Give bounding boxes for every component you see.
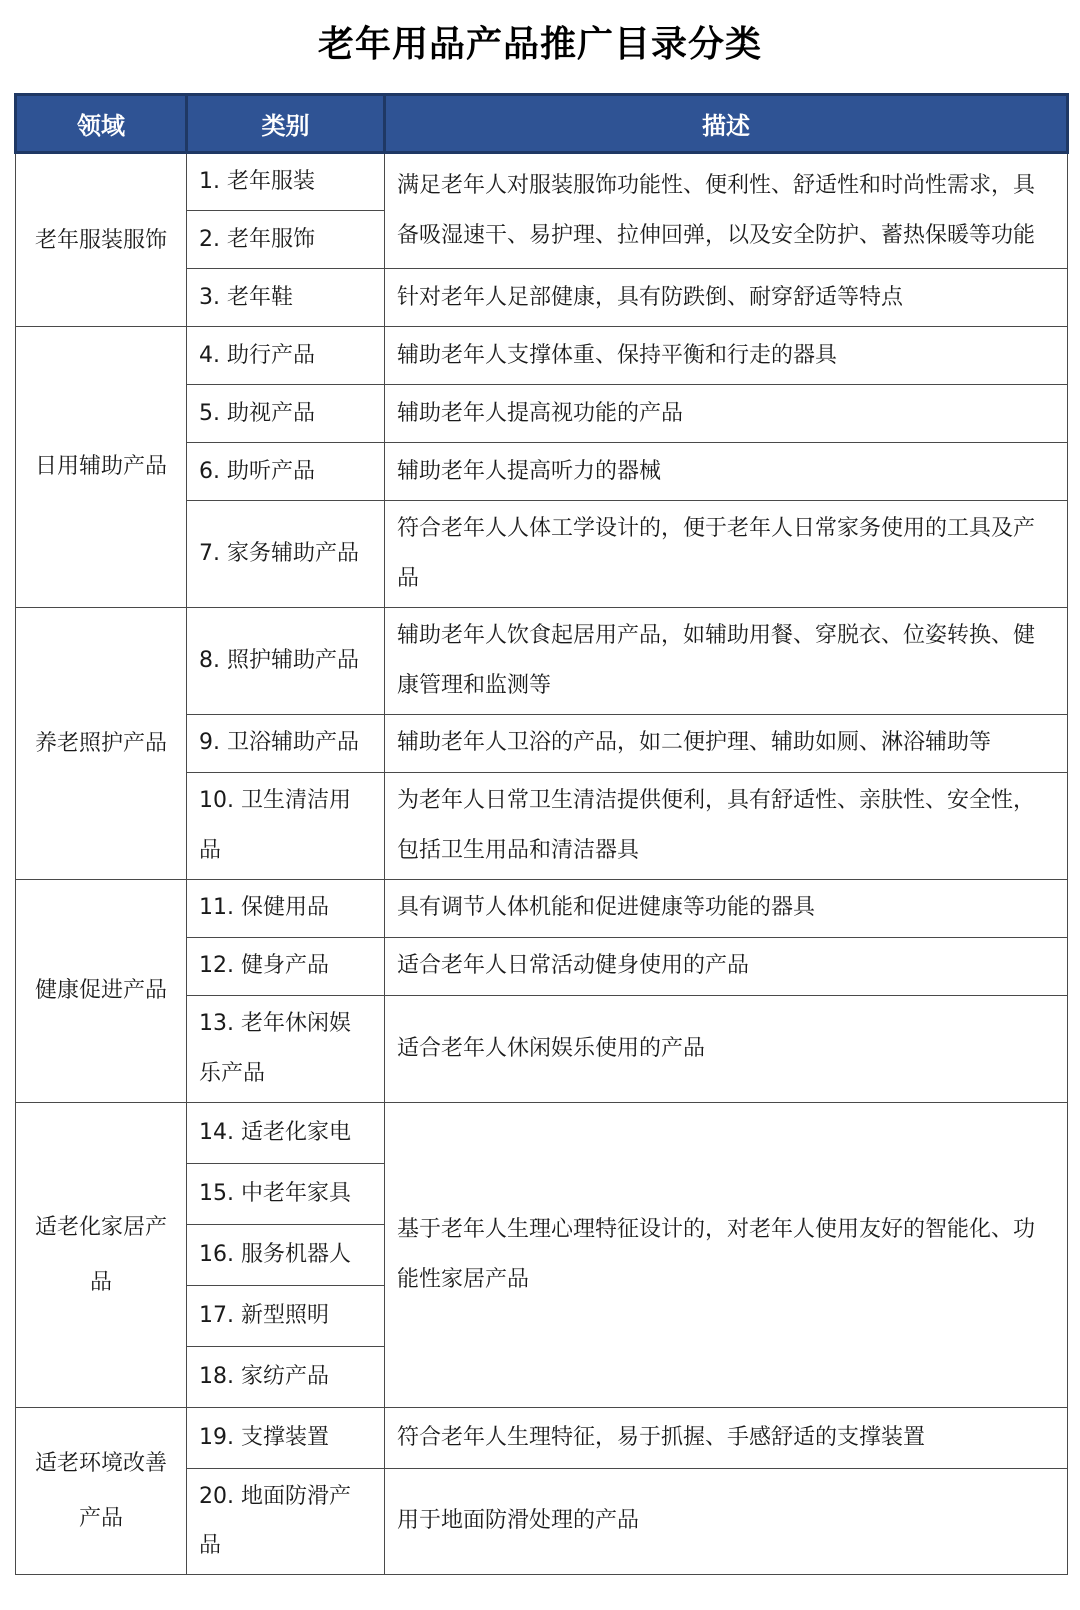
category-cell: 12. 健身产品 bbox=[187, 937, 385, 995]
header-cell-description: 描述 bbox=[385, 95, 1068, 153]
header-cell-category: 类别 bbox=[187, 95, 385, 153]
category-cell: 19. 支撑装置 bbox=[187, 1407, 385, 1468]
category-cell: 18. 家纺产品 bbox=[187, 1346, 385, 1407]
category-cell: 17. 新型照明 bbox=[187, 1285, 385, 1346]
category-cell: 6. 助听产品 bbox=[187, 443, 385, 501]
description-cell: 满足老年人对服装服饰功能性、便利性、舒适性和时尚性需求，具备吸湿速干、易护理、拉… bbox=[385, 153, 1068, 269]
category-cell: 8. 照护辅助产品 bbox=[187, 607, 385, 714]
category-cell: 16. 服务机器人 bbox=[187, 1224, 385, 1285]
domain-cell: 适老环境改善产品 bbox=[16, 1407, 187, 1575]
category-cell: 5. 助视产品 bbox=[187, 385, 385, 443]
description-cell: 辅助老年人提高听力的器械 bbox=[385, 443, 1068, 501]
description-cell: 基于老年人生理心理特征设计的，对老年人使用友好的智能化、功能性家居产品 bbox=[385, 1102, 1068, 1407]
table-row: 养老照护产品 8. 照护辅助产品 辅助老年人饮食起居用产品，如辅助用餐、穿脱衣、… bbox=[16, 607, 1068, 714]
table-row: 健康促进产品 11. 保健用品 具有调节人体机能和促进健康等功能的器具 bbox=[16, 879, 1068, 937]
table-row: 适老环境改善产品 19. 支撑装置 符合老年人生理特征，易于抓握、手感舒适的支撑… bbox=[16, 1407, 1068, 1468]
category-cell: 15. 中老年家具 bbox=[187, 1163, 385, 1224]
domain-cell: 适老化家居产品 bbox=[16, 1102, 187, 1407]
table-row: 日用辅助产品 4. 助行产品 辅助老年人支撑体重、保持平衡和行走的器具 bbox=[16, 327, 1068, 385]
header-row: 领域 类别 描述 bbox=[16, 95, 1068, 153]
category-cell: 4. 助行产品 bbox=[187, 327, 385, 385]
page-title: 老年用品产品推广目录分类 bbox=[14, 16, 1066, 67]
description-cell: 辅助老年人卫浴的产品，如二便护理、辅助如厕、淋浴辅助等 bbox=[385, 714, 1068, 772]
description-cell: 为老年人日常卫生清洁提供便利，具有舒适性、亲肤性、安全性，包括卫生用品和清洁器具 bbox=[385, 772, 1068, 879]
description-cell: 针对老年人足部健康，具有防跌倒、耐穿舒适等特点 bbox=[385, 269, 1068, 327]
domain-cell: 日用辅助产品 bbox=[16, 327, 187, 608]
description-cell: 适合老年人日常活动健身使用的产品 bbox=[385, 937, 1068, 995]
category-cell: 1. 老年服装 bbox=[187, 153, 385, 211]
table-row: 适老化家居产品 14. 适老化家电 基于老年人生理心理特征设计的，对老年人使用友… bbox=[16, 1102, 1068, 1163]
category-cell: 14. 适老化家电 bbox=[187, 1102, 385, 1163]
catalog-table: 领域 类别 描述 老年服装服饰 1. 老年服装 满足老年人对服装服饰功能性、便利… bbox=[14, 93, 1069, 1575]
category-cell: 7. 家务辅助产品 bbox=[187, 501, 385, 608]
category-cell: 10. 卫生清洁用品 bbox=[187, 772, 385, 879]
category-cell: 3. 老年鞋 bbox=[187, 269, 385, 327]
description-cell: 辅助老年人饮食起居用产品，如辅助用餐、穿脱衣、位姿转换、健康管理和监测等 bbox=[385, 607, 1068, 714]
description-cell: 辅助老年人支撑体重、保持平衡和行走的器具 bbox=[385, 327, 1068, 385]
header-cell-domain: 领域 bbox=[16, 95, 187, 153]
description-cell: 用于地面防滑处理的产品 bbox=[385, 1468, 1068, 1575]
description-cell: 符合老年人人体工学设计的，便于老年人日常家务使用的工具及产品 bbox=[385, 501, 1068, 608]
domain-cell: 健康促进产品 bbox=[16, 879, 187, 1102]
category-cell: 11. 保健用品 bbox=[187, 879, 385, 937]
category-cell: 20. 地面防滑产品 bbox=[187, 1468, 385, 1575]
category-cell: 2. 老年服饰 bbox=[187, 211, 385, 269]
description-cell: 适合老年人休闲娱乐使用的产品 bbox=[385, 995, 1068, 1102]
description-cell: 辅助老年人提高视功能的产品 bbox=[385, 385, 1068, 443]
category-cell: 13. 老年休闲娱乐产品 bbox=[187, 995, 385, 1102]
description-cell: 符合老年人生理特征，易于抓握、手感舒适的支撑装置 bbox=[385, 1407, 1068, 1468]
category-cell: 9. 卫浴辅助产品 bbox=[187, 714, 385, 772]
domain-cell: 老年服装服饰 bbox=[16, 153, 187, 327]
description-cell: 具有调节人体机能和促进健康等功能的器具 bbox=[385, 879, 1068, 937]
domain-cell: 养老照护产品 bbox=[16, 607, 187, 879]
table-row: 老年服装服饰 1. 老年服装 满足老年人对服装服饰功能性、便利性、舒适性和时尚性… bbox=[16, 153, 1068, 211]
